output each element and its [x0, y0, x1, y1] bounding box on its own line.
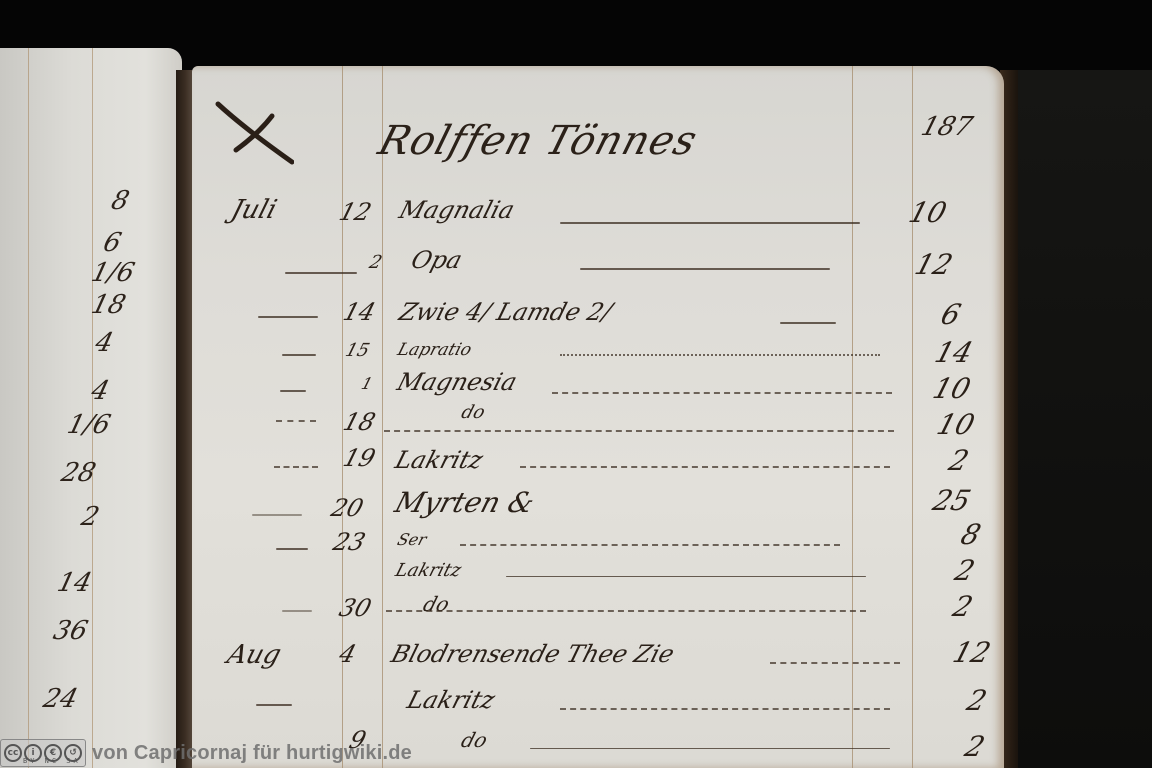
entry-line [560, 354, 880, 356]
left-amount: 1/6 [64, 410, 113, 440]
entry-item: Lakritz [404, 686, 498, 714]
left-amount: 2 [78, 502, 102, 532]
year-label: 187 [918, 112, 976, 142]
cc-icon: cc [4, 744, 22, 762]
entry-line [460, 544, 840, 546]
entry-item: Lakritz [393, 560, 464, 581]
entry-line [580, 268, 830, 270]
entry-item: Ser [395, 530, 429, 549]
entry-item: Myrten & [391, 486, 538, 519]
entry-line [560, 222, 860, 224]
entry-line [530, 748, 890, 749]
left-page-rule [92, 48, 93, 768]
left-amount: 6 [100, 228, 124, 258]
entry-item: Zwie 4/ Lamde 2/ [396, 298, 615, 326]
ditto-dash [285, 272, 357, 274]
ditto-dash [280, 390, 306, 392]
account-holder-heading: Rolffen Tönnes [373, 118, 702, 164]
entry-line [386, 610, 866, 612]
entry-item: Blodrensende Thee Zie [388, 640, 678, 668]
entry-item: Magnesia [394, 368, 520, 396]
left-amount: 8 [108, 186, 132, 216]
x-mark-icon [214, 100, 294, 170]
ditto-dash [258, 316, 318, 318]
entry-line [552, 392, 892, 394]
ditto-dash [252, 514, 302, 516]
dark-background-right [1002, 70, 1152, 768]
entry-line [506, 576, 866, 577]
left-amount: 18 [88, 290, 129, 320]
left-page-rule [28, 48, 29, 768]
entry-month: Juli [228, 195, 280, 225]
ditto-dash [282, 610, 312, 612]
left-amount: 1/6 [88, 258, 137, 288]
left-amount: 36 [50, 616, 91, 646]
column-rule-amount-right [912, 66, 913, 768]
ditto-dash [274, 466, 318, 468]
left-amount: 14 [54, 568, 95, 598]
entry-line [560, 708, 890, 710]
entry-item: Opa [408, 246, 465, 274]
ditto-dash [276, 548, 308, 550]
ditto-dash [256, 704, 292, 706]
ditto-dash [282, 354, 316, 356]
entry-line [770, 662, 900, 664]
entry-line [780, 322, 836, 324]
entry-item: Lapratio [395, 340, 474, 360]
cc-license-badge: cc i € ↺ BY NC SA [0, 739, 86, 767]
column-rule-day [382, 66, 383, 768]
license-terms: BY NC SA [23, 757, 81, 765]
entry-month: Aug [224, 640, 285, 670]
ditto-dash [276, 420, 316, 422]
entry-line [520, 466, 890, 468]
photo-credit-text: von Capricornaj für hurtigwiki.de [92, 742, 412, 765]
entry-item: Lakritz [392, 446, 486, 474]
left-amount: 24 [40, 684, 81, 714]
left-amount: 4 [92, 328, 116, 358]
left-page: 8 6 1/6 18 4 4 1/6 28 2 14 36 24 [0, 48, 182, 768]
entry-line [384, 430, 894, 432]
entry-item: Magnalia [396, 196, 518, 224]
photo-credit-watermark: cc i € ↺ BY NC SA von Capricornaj für hu… [0, 738, 412, 768]
